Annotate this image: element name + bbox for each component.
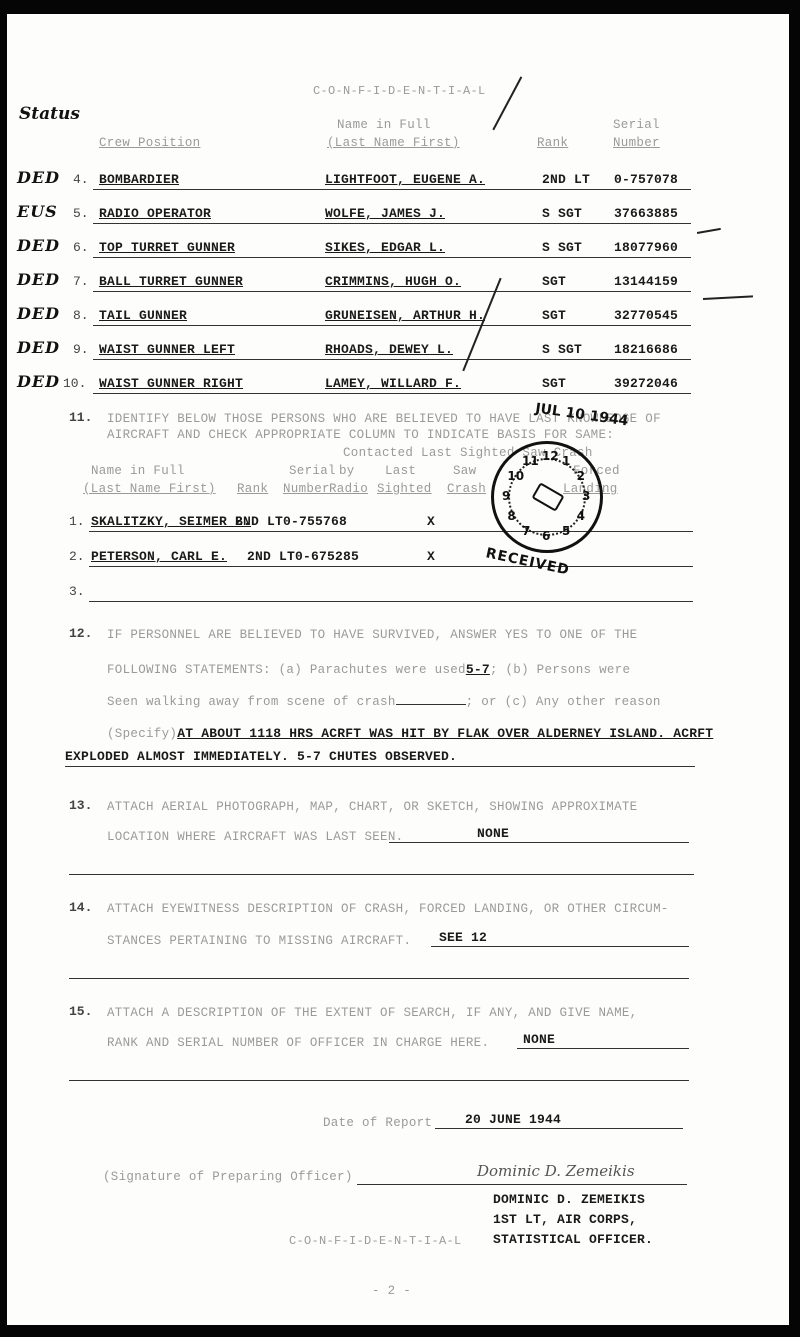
s11-header-serial-line2: Number — [283, 482, 330, 496]
s11-header-serial-line1: Serial — [289, 464, 336, 478]
section-14-line2: STANCES PERTAINING TO MISSING AIRCRAFT. — [107, 934, 411, 948]
s11-header-rank: Rank — [237, 482, 268, 496]
crew-row-number: 10. — [63, 376, 86, 391]
crew-rank: 2ND LT — [542, 172, 590, 187]
signature-scrawl: Dominic D. Zemeikis — [477, 1162, 635, 1180]
knowledge-check-mark: X — [427, 514, 435, 529]
header-serial-line1: Serial — [613, 118, 660, 132]
s11-header-radio-line2: Radio — [329, 482, 368, 496]
knowledge-row-number: 2. — [69, 549, 85, 564]
crew-row-number: 5. — [73, 206, 89, 221]
pen-mark — [703, 295, 753, 299]
crew-rank: S SGT — [542, 206, 582, 221]
stamp-clock-number: 3 — [582, 489, 590, 503]
section-13-answer: NONE — [477, 826, 509, 841]
knowledge-row-number: 1. — [69, 514, 85, 529]
section-15-number: 15. — [69, 1004, 92, 1019]
section-12-b-label: ; (b) Persons were — [490, 663, 630, 677]
crew-name: GRUNEISEN, ARTHUR H. — [325, 308, 485, 323]
stamp-clock-number: 11 — [522, 454, 539, 468]
crew-rank: SGT — [542, 274, 566, 289]
crew-status-mark: DED — [17, 304, 60, 323]
stamp-clock-number: 6 — [542, 529, 550, 543]
crew-status-mark: DED — [17, 372, 60, 391]
crew-status-mark: DED — [17, 270, 60, 289]
classification-header: C-O-N-F-I-D-E-N-T-I-A-L — [313, 84, 486, 98]
knowledge-row-number: 3. — [69, 584, 85, 599]
crew-name: SIKES, EDGAR L. — [325, 240, 445, 255]
received-stamp-clock: 121234567891011 — [491, 441, 603, 553]
crew-serial: 0-757078 — [614, 172, 678, 187]
specify-text-line1: AT ABOUT 1118 HRS ACRFT WAS HIT BY FLAK … — [177, 726, 713, 741]
header-crew-position: Crew Position — [99, 136, 200, 150]
row-rule — [89, 531, 693, 532]
header-rank: Rank — [537, 136, 568, 150]
section-12-specify: (Specify)AT ABOUT 1118 HRS ACRFT WAS HIT… — [107, 724, 713, 742]
s11-header-crash-line2: Crash — [447, 482, 486, 496]
row-rule — [93, 393, 691, 394]
s11-header-sighted-line2: Sighted — [377, 482, 432, 496]
stamp-clock-number: 9 — [502, 489, 510, 503]
section-14-number: 14. — [69, 900, 92, 915]
section-11-number: 11. — [69, 410, 92, 425]
signature-label: (Signature of Preparing Officer) — [103, 1170, 353, 1184]
row-rule — [93, 257, 691, 258]
crew-serial: 18216686 — [614, 342, 678, 357]
section-12-line2: FOLLOWING STATEMENTS: (a) Parachutes wer… — [107, 660, 630, 678]
status-heading: Status — [19, 104, 80, 124]
knowledge-rank: 2ND LT — [247, 549, 295, 564]
crew-status-mark: DED — [17, 338, 60, 357]
row-rule — [93, 189, 691, 190]
crew-rank: SGT — [542, 308, 566, 323]
section-12-b-text: Seen walking away from scene of crash — [107, 695, 396, 709]
crew-name: CRIMMINS, HUGH O. — [325, 274, 461, 289]
specify-text-line2: EXPLODED ALMOST IMMEDIATELY. 5-7 CHUTES … — [65, 749, 457, 764]
crew-status-mark: DED — [17, 236, 60, 255]
section-14-line1: ATTACH EYEWITNESS DESCRIPTION OF CRASH, … — [107, 902, 669, 916]
section-12-number: 12. — [69, 626, 92, 641]
row-rule — [93, 325, 691, 326]
rule — [517, 1048, 689, 1049]
crew-rank: S SGT — [542, 342, 582, 357]
crew-name: LIGHTFOOT, EUGENE A. — [325, 172, 485, 187]
rule — [435, 1128, 683, 1129]
section-14-answer: SEE 12 — [439, 930, 487, 945]
crew-status-mark: EUS — [17, 202, 58, 221]
crew-row-number: 4. — [73, 172, 89, 187]
signature-line — [357, 1184, 687, 1185]
crew-position: TOP TURRET GUNNER — [99, 240, 235, 255]
crew-position: TAIL GUNNER — [99, 308, 187, 323]
crew-serial: 13144159 — [614, 274, 678, 289]
stamp-clock-number: 2 — [577, 469, 585, 483]
page-number: - 2 - — [372, 1284, 411, 1298]
header-serial-line2: Number — [613, 136, 660, 150]
crew-row-number: 7. — [73, 274, 89, 289]
s11-header-radio-line1: by — [339, 464, 355, 478]
stamp-clock-number: 4 — [577, 509, 585, 523]
crew-serial: 39272046 — [614, 376, 678, 391]
section-15-answer: NONE — [523, 1032, 555, 1047]
classification-footer: C-O-N-F-I-D-E-N-T-I-A-L — [289, 1234, 462, 1248]
row-rule — [93, 291, 691, 292]
specify-label: (Specify) — [107, 727, 177, 741]
crew-row-number: 6. — [73, 240, 89, 255]
walking-value — [396, 692, 466, 705]
knowledge-check-mark: X — [427, 549, 435, 564]
crew-name: RHOADS, DEWEY L. — [325, 342, 453, 357]
rule — [69, 874, 694, 875]
section-13-line1: ATTACH AERIAL PHOTOGRAPH, MAP, CHART, OR… — [107, 800, 637, 814]
officer-title: STATISTICAL OFFICER. — [493, 1232, 653, 1247]
knowledge-rank: 2ND LT — [235, 514, 283, 529]
date-of-report-value: 20 JUNE 1944 — [465, 1112, 561, 1127]
section-13-number: 13. — [69, 798, 92, 813]
s11-header-name-line1: Name in Full — [91, 464, 185, 478]
section-12-c-label: ; or (c) Any other reason — [466, 695, 661, 709]
section-12-a-label: FOLLOWING STATEMENTS: (a) Parachutes wer… — [107, 663, 466, 677]
header-name-line1: Name in Full — [337, 118, 431, 132]
knowledge-serial: 0-755768 — [283, 514, 347, 529]
s11-header-sighted-line1: Last — [385, 464, 416, 478]
s11-header-name-line2: (Last Name First) — [83, 482, 216, 496]
rule — [431, 946, 689, 947]
section-15-line1: ATTACH A DESCRIPTION OF THE EXTENT OF SE… — [107, 1006, 637, 1020]
stamp-clock-number: 7 — [522, 524, 530, 538]
stamp-clock-number: 12 — [542, 449, 559, 463]
crew-position: BOMBARDIER — [99, 172, 179, 187]
crew-serial: 18077960 — [614, 240, 678, 255]
row-rule — [89, 601, 693, 602]
row-rule — [89, 566, 693, 567]
rule — [389, 842, 689, 843]
row-rule — [93, 223, 691, 224]
pen-mark — [697, 228, 721, 234]
crew-row-number: 9. — [73, 342, 89, 357]
parachutes-value: 5-7 — [466, 662, 490, 677]
crew-serial: 32770545 — [614, 308, 678, 323]
stamp-clock-number: 10 — [507, 469, 524, 483]
section-11-line2: AIRCRAFT AND CHECK APPROPRIATE COLUMN TO… — [107, 428, 614, 442]
crew-status-mark: DED — [17, 168, 60, 187]
document-page: C-O-N-F-I-D-E-N-T-I-A-L Status Crew Posi… — [7, 14, 789, 1325]
crew-name: LAMEY, WILLARD F. — [325, 376, 461, 391]
section-12-line1: IF PERSONNEL ARE BELIEVED TO HAVE SURVIV… — [107, 628, 637, 642]
crew-rank: SGT — [542, 376, 566, 391]
stamp-clock-number: 8 — [507, 509, 515, 523]
crew-position: RADIO OPERATOR — [99, 206, 211, 221]
rule — [65, 766, 695, 767]
crew-position: WAIST GUNNER RIGHT — [99, 376, 243, 391]
knowledge-name: PETERSON, CARL E. — [91, 549, 227, 564]
crew-name: WOLFE, JAMES J. — [325, 206, 445, 221]
crew-position: BALL TURRET GUNNER — [99, 274, 243, 289]
crew-rank: S SGT — [542, 240, 582, 255]
crew-position: WAIST GUNNER LEFT — [99, 342, 235, 357]
stamp-clock-number: 5 — [562, 524, 570, 538]
section-12-line3: Seen walking away from scene of crash; o… — [107, 692, 661, 710]
rule — [69, 978, 689, 979]
stamp-clock-number: 1 — [562, 454, 570, 468]
header-name-line2: (Last Name First) — [327, 136, 460, 150]
crew-row-number: 8. — [73, 308, 89, 323]
knowledge-name: SKALITZKY, SEIMER B. — [91, 514, 251, 529]
crew-serial: 37663885 — [614, 206, 678, 221]
rule — [69, 1080, 689, 1081]
pen-mark — [492, 76, 521, 130]
date-of-report-label: Date of Report — [323, 1116, 432, 1130]
officer-rank: 1ST LT, AIR CORPS, — [493, 1212, 637, 1227]
section-13-line2: LOCATION WHERE AIRCRAFT WAS LAST SEEN. — [107, 830, 403, 844]
s11-header-crash-line1: Saw — [453, 464, 476, 478]
knowledge-serial: 0-675285 — [295, 549, 359, 564]
officer-name: DOMINIC D. ZEMEIKIS — [493, 1192, 645, 1207]
section-15-line2: RANK AND SERIAL NUMBER OF OFFICER IN CHA… — [107, 1036, 489, 1050]
row-rule — [93, 359, 691, 360]
